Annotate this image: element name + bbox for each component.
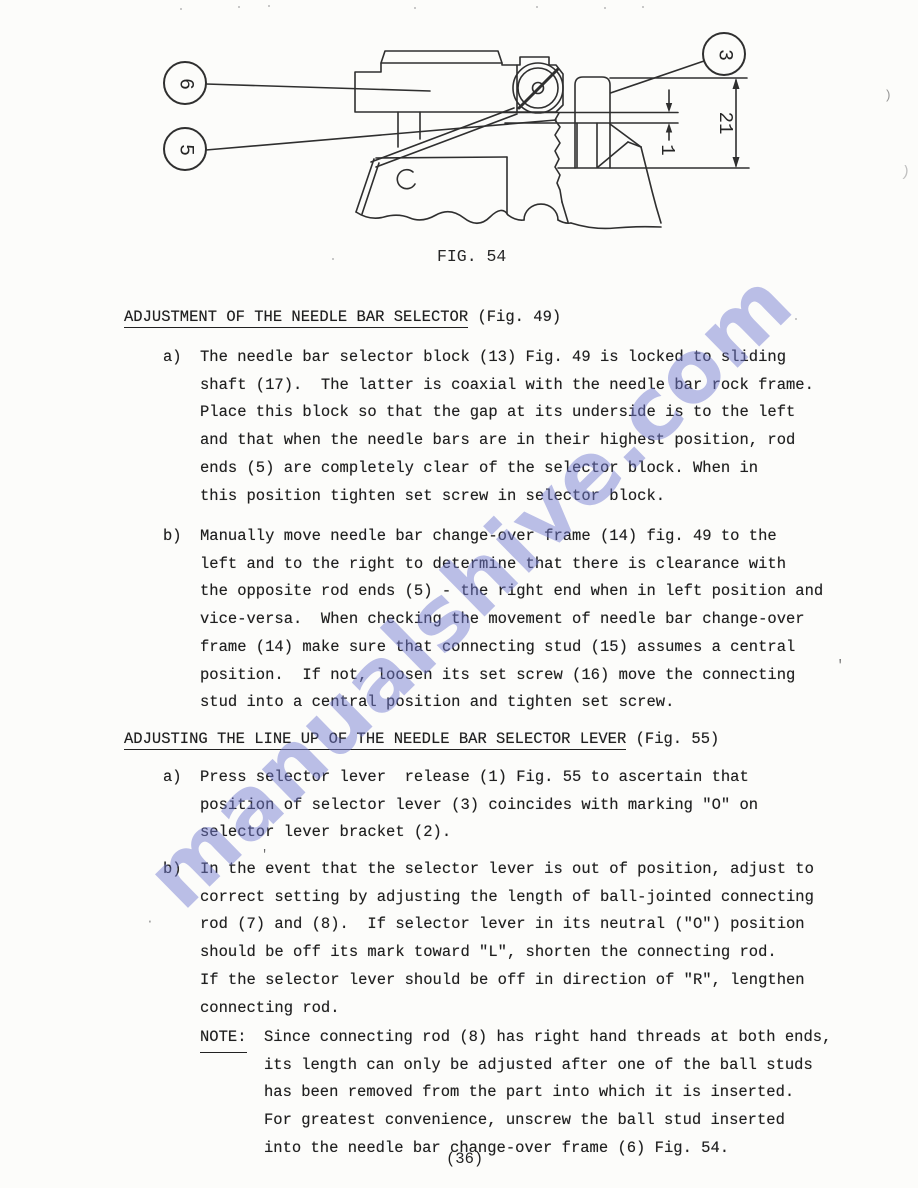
item-marker: a) [163, 764, 193, 792]
item-text: Press selector lever release (1) Fig. 55… [200, 764, 880, 847]
item-text: Manually move needle bar change-over fra… [200, 523, 880, 717]
page-number: (36) [446, 1150, 483, 1168]
figure-54: 6 5 3 21 1 FIG. 54 [0, 0, 918, 290]
scan-speck [180, 8, 182, 10]
note-text: Since connecting rod (8) has right hand … [264, 1024, 884, 1163]
item-marker: a) [163, 344, 193, 372]
callout-label-6: 6 [174, 78, 197, 90]
frame-block [381, 51, 502, 63]
scan-mark: ' [836, 658, 844, 674]
scan-speck [604, 7, 606, 9]
item-text: The needle bar selector block (13) Fig. … [200, 344, 880, 510]
callout-label-3: 3 [713, 49, 736, 61]
scan-mark: · [146, 914, 154, 929]
item-marker: b) [163, 856, 193, 884]
manual-page: 6 5 3 21 1 FIG. 54 ADJUSTMENT OF THE NEE… [0, 0, 918, 1188]
item-text: In the event that the selector lever is … [200, 856, 880, 1022]
figure-caption: FIG. 54 [437, 247, 506, 266]
section-heading-1-figref: (Fig. 49) [468, 308, 561, 326]
scan-speck [795, 318, 797, 320]
dim-label-1: 1 [656, 144, 678, 155]
scan-speck [414, 7, 416, 9]
leader-line-5 [206, 120, 556, 150]
dim-label-21: 21 [714, 112, 736, 135]
scan-mark: ' [261, 848, 268, 862]
scan-speck [268, 5, 270, 7]
scan-speck [536, 6, 538, 8]
scan-mark: ) [884, 88, 892, 103]
scan-speck [238, 6, 240, 8]
section-heading-2: ADJUSTING THE LINE UP OF THE NEEDLE BAR … [124, 726, 719, 754]
scan-speck [332, 258, 334, 260]
note-label: NOTE: [200, 1024, 247, 1053]
item-marker: b) [163, 523, 193, 551]
scan-speck [642, 6, 644, 8]
casting-hole [397, 170, 415, 189]
section-heading-2-figref: (Fig. 55) [626, 730, 719, 748]
leader-line-6 [206, 84, 430, 91]
section-heading-1: ADJUSTMENT OF THE NEEDLE BAR SELECTOR (F… [124, 304, 561, 332]
section-heading-2-text: ADJUSTING THE LINE UP OF THE NEEDLE BAR … [124, 730, 626, 750]
callout-label-5: 5 [174, 144, 197, 156]
section-heading-1-text: ADJUSTMENT OF THE NEEDLE BAR SELECTOR [124, 308, 468, 328]
